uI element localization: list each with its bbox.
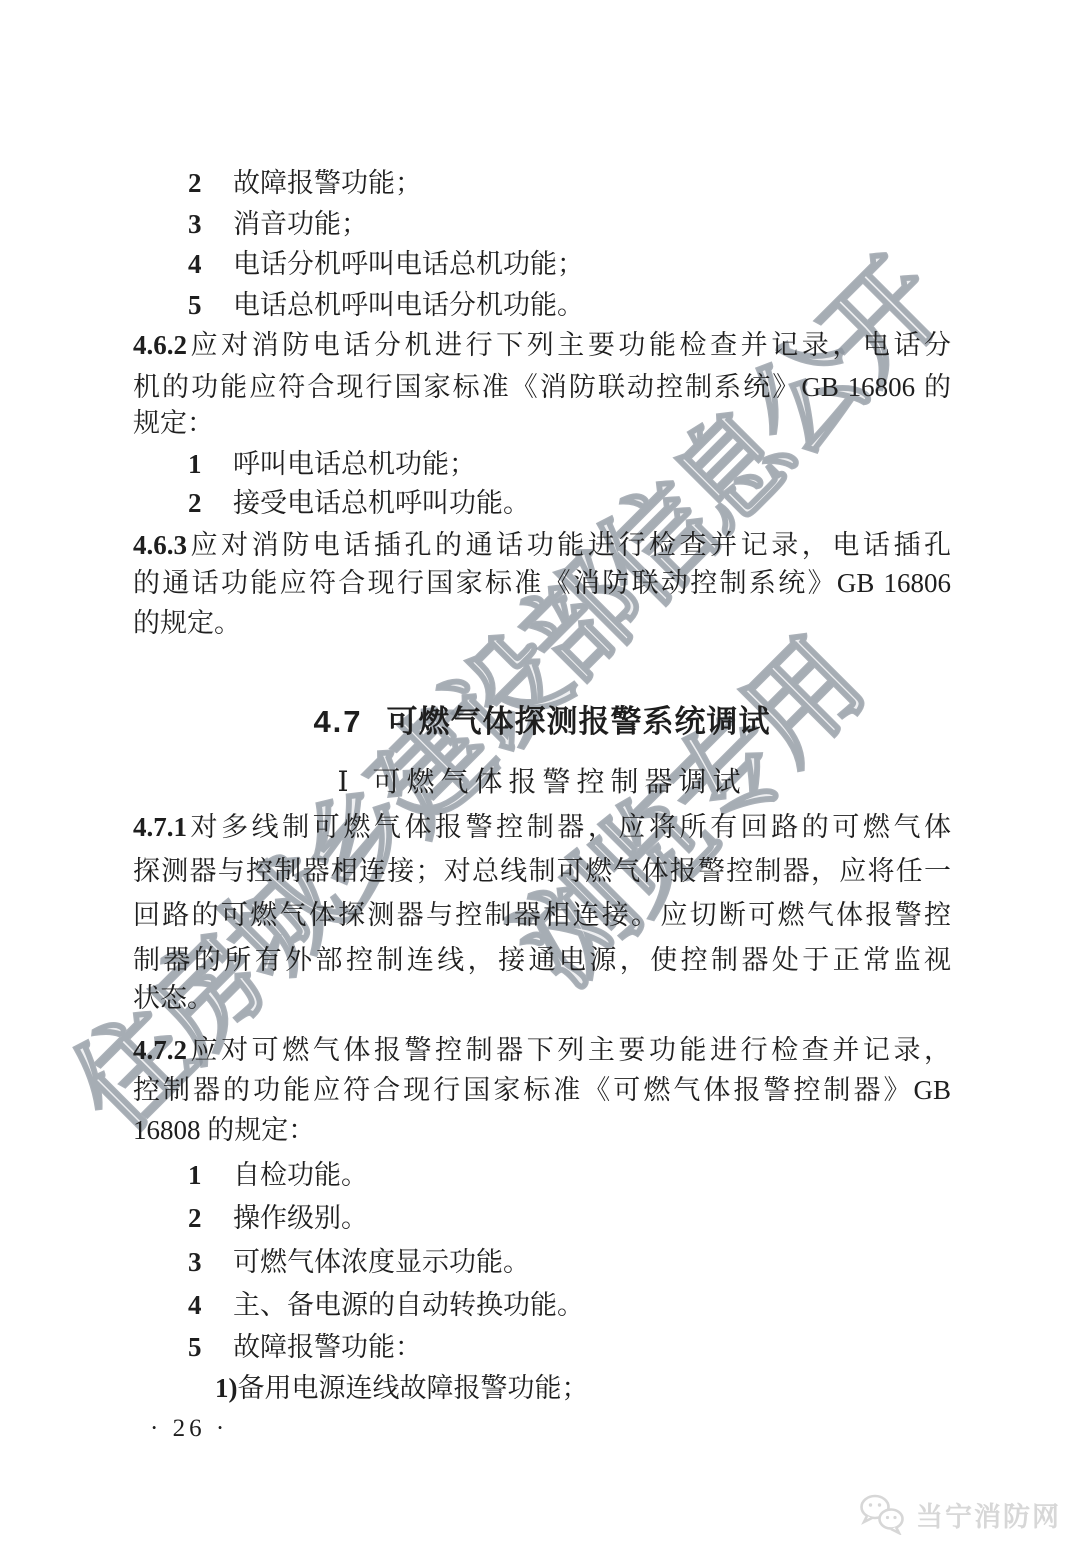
list-item: 3可燃气体浓度显示功能。	[188, 1245, 951, 1279]
list-item-number: 5	[188, 1330, 233, 1364]
roman-numeral: Ⅰ	[337, 767, 354, 798]
clause-number: 4.7.2	[133, 1035, 187, 1065]
list-item: 1呼叫电话总机功能；	[188, 447, 951, 481]
document-page: 住房城乡建设部信息公开 浏览专用 2故障报警功能； 3消音功能； 4电话分机呼叫…	[0, 0, 1080, 1566]
list-item-text: 故障报警功能；	[233, 168, 422, 198]
clause-463-line1: 4.6.3应对消防电话插孔的通话功能进行检查并记录，电话插孔	[133, 528, 951, 562]
list-item-text: 自检功能。	[233, 1160, 368, 1190]
list-item-text: 可燃气体浓度显示功能。	[233, 1247, 530, 1277]
sub-list-item-number: 1)	[215, 1373, 238, 1403]
clause-463-line2: 的通话功能应符合现行国家标准《消防联动控制系统》GB 16806	[133, 566, 951, 600]
list-item-text: 电话分机呼叫电话总机功能；	[233, 249, 584, 279]
list-item: 2接受电话总机呼叫功能。	[188, 486, 951, 520]
list-item: 4电话分机呼叫电话总机功能；	[188, 247, 951, 281]
clause-462-line3: 规定：	[133, 406, 951, 440]
clause-number: 4.7.1	[133, 812, 187, 842]
clause-text: 应对消防电话插孔的通话功能进行检查并记录，电话插孔	[187, 530, 951, 560]
clause-472-line2: 控制器的功能应符合现行国家标准《可燃气体报警控制器》GB	[133, 1073, 951, 1107]
clause-text: 应对可燃气体报警控制器下列主要功能进行检查并记录，	[187, 1035, 951, 1065]
section-title: 可燃气体探测报警系统调试	[387, 704, 771, 739]
list-item: 2操作级别。	[188, 1201, 951, 1235]
list-item-text: 操作级别。	[233, 1203, 368, 1233]
list-item-text: 故障报警功能：	[233, 1332, 422, 1362]
section-heading: 4.7可燃气体探测报警系统调试	[133, 702, 951, 742]
list-item-text: 消音功能；	[233, 209, 368, 239]
list-item: 4主、备电源的自动转换功能。	[188, 1288, 951, 1322]
list-item: 5故障报警功能：	[188, 1330, 951, 1364]
list-item-number: 3	[188, 207, 233, 241]
clause-462-line1: 4.6.2应对消防电话分机进行下列主要功能检查并记录，电话分	[133, 328, 951, 362]
clause-text: 应对消防电话分机进行下列主要功能检查并记录，电话分	[187, 330, 951, 360]
clause-number: 4.6.3	[133, 530, 187, 560]
list-item: 3消音功能；	[188, 207, 951, 241]
list-item-number: 5	[188, 288, 233, 322]
list-item-text: 主、备电源的自动转换功能。	[233, 1290, 584, 1320]
page-number: · 26 ·	[150, 1415, 228, 1443]
list-item: 2故障报警功能；	[188, 166, 951, 200]
section-number: 4.7	[313, 704, 362, 739]
sub-list-item: 1)备用电源连线故障报警功能；	[215, 1371, 951, 1405]
clause-number: 4.6.2	[133, 330, 187, 360]
wechat-bubbles-icon	[858, 1493, 908, 1535]
clause-463-line3: 的规定。	[133, 606, 951, 640]
clause-471-line4: 制器的所有外部控制连线，接通电源，使控制器处于正常监视	[133, 943, 951, 977]
clause-472-line3: 16808 的规定：	[133, 1113, 951, 1147]
list-item: 5电话总机呼叫电话分机功能。	[188, 288, 951, 322]
list-item-number: 1	[188, 447, 233, 481]
list-item-text: 接受电话总机呼叫功能。	[233, 488, 530, 518]
list-item-number: 3	[188, 1245, 233, 1279]
list-item: 1自检功能。	[188, 1158, 951, 1192]
list-item-number: 2	[188, 166, 233, 200]
list-item-number: 1	[188, 1158, 233, 1192]
clause-471-line3: 回路的可燃气体探测器与控制器相连接。应切断可燃气体报警控	[133, 898, 951, 932]
sub-section-title: 可燃气体报警控制器调试	[373, 767, 747, 798]
clause-471-line1: 4.7.1对多线制可燃气体报警控制器，应将所有回路的可燃气体	[133, 810, 951, 844]
list-item-text: 呼叫电话总机功能；	[233, 449, 476, 479]
sub-section-heading: Ⅰ可燃气体报警控制器调试	[133, 766, 951, 800]
list-item-number: 4	[188, 1288, 233, 1322]
clause-471-line5: 状态。	[133, 981, 951, 1015]
clause-text: 对多线制可燃气体报警控制器，应将所有回路的可燃气体	[187, 812, 951, 842]
clause-462-line2: 机的功能应符合现行国家标准《消防联动控制系统》GB 16806 的	[133, 370, 951, 404]
clause-471-line2: 探测器与控制器相连接；对总线制可燃气体报警控制器，应将任一	[133, 854, 951, 888]
list-item-number: 2	[188, 486, 233, 520]
list-item-text: 电话总机呼叫电话分机功能。	[233, 290, 584, 320]
brand-text: 当宁消防网	[916, 1495, 1061, 1534]
brand-watermark: 当宁消防网	[858, 1493, 1061, 1535]
clause-472-line1: 4.7.2应对可燃气体报警控制器下列主要功能进行检查并记录，	[133, 1033, 951, 1067]
sub-list-item-text: 备用电源连线故障报警功能；	[238, 1373, 589, 1403]
list-item-number: 2	[188, 1201, 233, 1235]
list-item-number: 4	[188, 247, 233, 281]
